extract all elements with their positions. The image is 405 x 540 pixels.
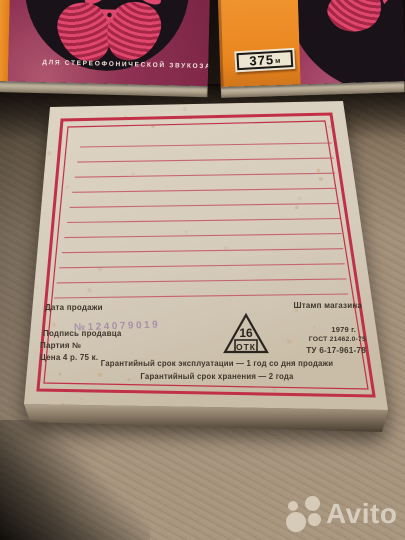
stereo-recording-caption: ДЛЯ СТЕРЕОФОНИЧЕСКОЙ ЗВУКОЗАПИСИ [42, 59, 210, 71]
bottom-left-shadow [0, 420, 150, 540]
tu-standard-label: ТУ 6-17-961-78 [306, 346, 366, 355]
year-label: 1979 г. [331, 325, 356, 334]
tape-box-back-panel: Дата продажи Подпись продавца Партия № №… [16, 94, 392, 446]
avito-watermark-text: Avito [326, 498, 397, 530]
sale-date-label: Дата продажи [45, 303, 103, 312]
tape-box-right: 375 м ДЛЯ СТЕРЕОФОНИЧЕСКОЙ ЗВУКОЗАПИСИ [218, 0, 405, 98]
otk-stamp-number: 16 [239, 326, 253, 340]
shop-stamp-label: Штамп магазина [294, 301, 363, 310]
avito-watermark: Avito [286, 496, 397, 532]
gost-standard-label: ГОСТ 21462.0-75 [309, 336, 366, 343]
tape-box-right-front: ДЛЯ СТЕРЕОФОНИЧЕСКОЙ ЗВУКОЗАПИСИ [298, 0, 405, 84]
warranty-storage-line: Гарантийный срок хранения — 2 года [74, 372, 360, 381]
tape-box-right-orange-spine [218, 0, 304, 87]
tape-length-value: 375 [249, 52, 275, 68]
tape-box-left: ДЛЯ СТЕРЕОФОНИЧЕСКОЙ ЗВУКОЗАПИСИ [0, 0, 210, 101]
tape-box-left-front: ДЛЯ СТЕРЕОФОНИЧЕСКОЙ ЗВУКОЗАПИСИ [8, 0, 210, 86]
otk-quality-stamp-icon: 16 ОТК [222, 313, 270, 355]
tape-length-unit: м [275, 58, 281, 65]
otk-stamp-text: ОТК [236, 342, 256, 352]
warranty-usage-line: Гарантийный срок эксплуатации — 1 год со… [74, 359, 360, 368]
tape-length-label: 375 м [234, 48, 295, 72]
tape-length-label-frame: 375 м [236, 50, 293, 70]
batch-number-label: Партия № [40, 341, 81, 350]
avito-logo-icon [286, 496, 323, 532]
back-panel-artwork [16, 94, 392, 446]
